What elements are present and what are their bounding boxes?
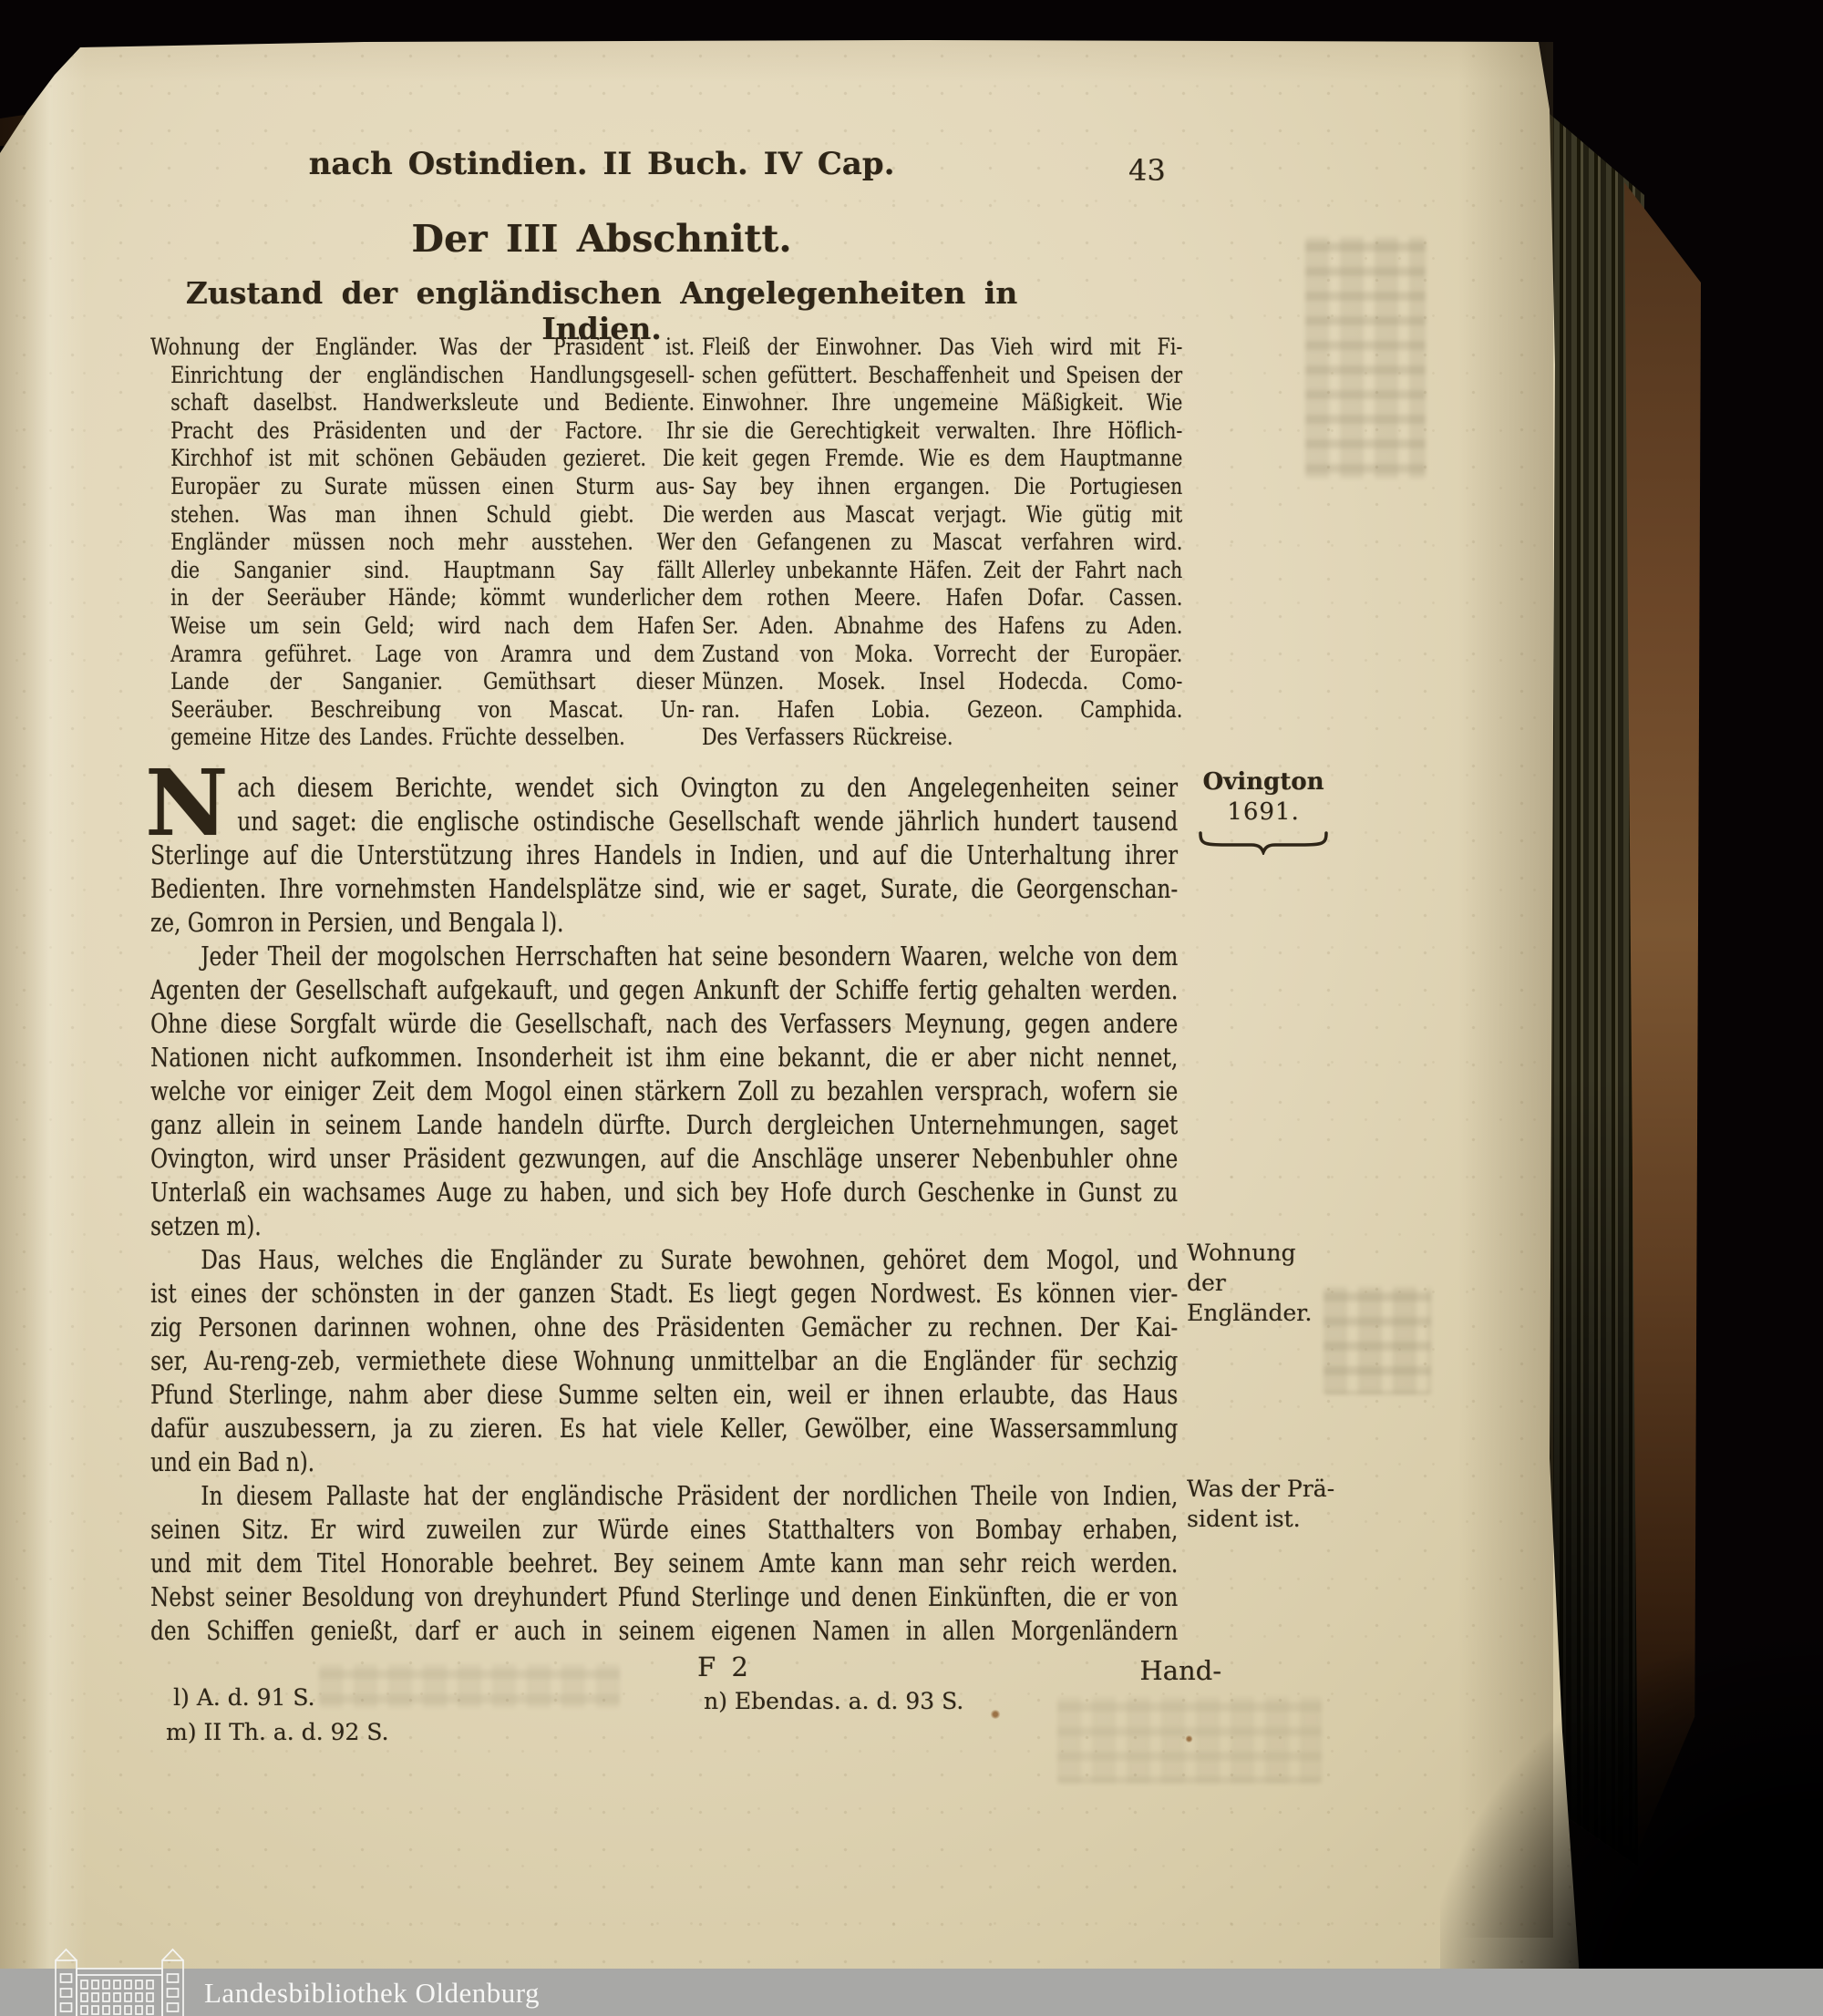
margin-note-line: Engländer. <box>1187 1298 1340 1328</box>
scanned-book-page: nach Ostindien. II Buch. IV Cap. 43 Der … <box>0 0 1823 2016</box>
text-line: Das Haus, welches die Engländer zu Surat… <box>150 1243 1178 1277</box>
text-line: Pfund Sterlinge, nahm aber diese Summe s… <box>150 1378 1178 1412</box>
text-line: seinen Sitz. Er wird zuweilen zur Würde … <box>150 1513 1178 1547</box>
text-line: Say bey ihnen ergangen. Die Portugiesen <box>702 473 1182 501</box>
text-line: gemeine Hitze des Landes. Früchte dessel… <box>150 724 695 752</box>
text-line: setzen m). <box>150 1209 1178 1243</box>
text-line: und mit dem Titel Honorable beehret. Bey… <box>150 1547 1178 1580</box>
summary-right-column: Fleiß der Einwohner. Das Vieh wird mit F… <box>702 334 1288 752</box>
signature-line: F 2 Hand- <box>150 1651 1178 1688</box>
text-line: Allerley unbekannte Häfen. Zeit der Fahr… <box>702 557 1182 585</box>
text-line: dafür auszubessern, ja zu zieren. Es hat… <box>150 1412 1178 1445</box>
text-line: Weise um sein Geld; wird nach dem Hafen <box>150 612 695 641</box>
text-line: Nationen nicht aufkommen. Insonderheit i… <box>150 1041 1178 1075</box>
margin-note-ovington: Ovington 1691. <box>1187 767 1340 855</box>
margin-note-praesident: Was der Prä- sident ist. <box>1187 1474 1340 1534</box>
text-line: Seeräuber. Beschreibung von Mascat. Un- <box>150 696 695 725</box>
margin-note-author: Ovington <box>1187 767 1340 797</box>
section-title: Der III Abschnitt. <box>150 217 1053 261</box>
drop-cap-initial: N <box>145 766 236 837</box>
library-logo-icon <box>51 1947 188 2016</box>
watermark-label: Landesbibliothek Oldenburg <box>204 1977 540 2010</box>
text-line: Europäer zu Surate müssen einen Sturm au… <box>150 473 695 501</box>
text-line: ser, Au-reng-zeb, vermiethete diese Wohn… <box>150 1344 1178 1378</box>
margin-note-wohnung: Wohnung der Engländer. <box>1187 1238 1340 1328</box>
text-line: dem rothen Meere. Hafen Dofar. Cassen. <box>702 584 1182 612</box>
text-line: ganz allein in seinem Lande handeln dürf… <box>150 1108 1178 1142</box>
margin-note-line: Wohnung der <box>1187 1238 1340 1298</box>
text-line: in der Seeräuber Hände; kömmt wunderlich… <box>150 584 695 612</box>
body-text: N ach diesem Berichte, wendet sich Oving… <box>150 771 1178 1648</box>
text-line: Münzen. Mosek. Insel Hodecda. Como- <box>702 668 1182 696</box>
text-line: Kirchhof ist mit schönen Gebäuden gezier… <box>150 445 695 473</box>
text-line: und saget: die englische ostindische Ges… <box>150 805 1178 838</box>
text-line: ist eines der schönsten in der ganzen St… <box>150 1277 1178 1311</box>
margin-note-line: Was der Prä- <box>1187 1474 1340 1504</box>
page-number: 43 <box>1128 153 1166 188</box>
text-line: Pracht des Präsidenten und der Factore. … <box>150 417 695 446</box>
text-line: Fleiß der Einwohner. Das Vieh wird mit F… <box>702 334 1182 362</box>
text-line: Jeder Theil der mogolschen Herrschaften … <box>150 940 1178 973</box>
text-line: Sterlinge auf die Unterstützung ihres Ha… <box>150 838 1178 872</box>
text-line: Ohne diese Sorgfalt würde die Gesellscha… <box>150 1007 1178 1041</box>
signature-mark: F 2 <box>697 1651 748 1682</box>
paragraph-lines: Jeder Theil der mogolschen Herrschaften … <box>150 940 1178 1243</box>
text-line: zig Personen darinnen wohnen, ohne des P… <box>150 1311 1178 1344</box>
footnote: l) A. d. 91 S. <box>173 1684 314 1712</box>
catchword: Hand- <box>1139 1655 1221 1686</box>
margin-note-year: 1691. <box>1187 797 1340 828</box>
footnote: m) II Th. a. d. 92 S. <box>166 1719 388 1746</box>
brace-icon <box>1195 829 1332 855</box>
paragraph-lines: Das Haus, welches die Engländer zu Surat… <box>150 1243 1178 1479</box>
text-line: schen gefüttert. Beschaffenheit und Spei… <box>702 362 1182 390</box>
text-line: Bedienten. Ihre vornehmsten Handelsplätz… <box>150 872 1178 906</box>
text-line: Einwohner. Ihre ungemeine Mäßigkeit. Wie <box>702 389 1182 417</box>
text-line: schaft daselbst. Handwerksleute und Bedi… <box>150 389 695 417</box>
text-line: ach diesem Berichte, wendet sich Ovingto… <box>150 771 1178 805</box>
paragraph: Jeder Theil der mogolschen Herrschaften … <box>150 940 1178 1243</box>
margin-note-line: sident ist. <box>1187 1504 1340 1534</box>
text-line: ze, Gomron in Persien, und Bengala l). <box>150 906 1178 940</box>
scan-corner-shadow <box>1440 1641 1823 2016</box>
paragraph-lines: ach diesem Berichte, wendet sich Ovingto… <box>150 771 1178 940</box>
footnote: n) Ebendas. a. d. 93 S. <box>704 1688 963 1715</box>
text-line: welche vor einiger Zeit dem Mogol einen … <box>150 1075 1178 1108</box>
text-line: ran. Hafen Lobia. Gezeon. Camphida. <box>702 696 1182 725</box>
running-header: nach Ostindien. II Buch. IV Cap. <box>150 146 1053 182</box>
text-line: Unterlaß ein wachsames Auge zu haben, un… <box>150 1176 1178 1209</box>
text-line: die Sanganier sind. Hauptmann Say fällt <box>150 557 695 585</box>
text-line: den Schiffen genießt, darf er auch in se… <box>150 1614 1178 1648</box>
text-line: Des Verfassers Rückreise. <box>702 724 1182 752</box>
text-line: Nebst seiner Besoldung von dreyhundert P… <box>150 1580 1178 1614</box>
paragraph-lines: In diesem Pallaste hat der engländische … <box>150 1479 1178 1648</box>
text-line: Agenten der Gesellschaft aufgekauft, und… <box>150 973 1178 1007</box>
text-line: Ser. Aden. Abnahme des Hafens zu Aden. <box>702 612 1182 641</box>
text-line: Ovington, wird unser Präsident gezwungen… <box>150 1142 1178 1176</box>
text-line: stehen. Was man ihnen Schuld giebt. Die <box>150 501 695 530</box>
text-line: Engländer müssen noch mehr ausstehen. We… <box>150 529 695 557</box>
text-line: sie die Gerechtigkeit verwalten. Ihre Hö… <box>702 417 1182 446</box>
paragraph: In diesem Pallaste hat der engländische … <box>150 1479 1178 1648</box>
text-line: In diesem Pallaste hat der engländische … <box>150 1479 1178 1513</box>
paragraph: Das Haus, welches die Engländer zu Surat… <box>150 1243 1178 1479</box>
text-line: Wohnung der Engländer. Was der Präsident… <box>150 334 695 362</box>
text-line: Einrichtung der engländischen Handlungsg… <box>150 362 695 390</box>
text-line: keit gegen Fremde. Wie es dem Hauptmanne <box>702 445 1182 473</box>
paragraph: N ach diesem Berichte, wendet sich Oving… <box>150 771 1178 940</box>
text-line: Zustand von Moka. Vorrecht der Europäer. <box>702 641 1182 669</box>
text-line: werden aus Mascat verjagt. Wie gütig mit <box>702 501 1182 530</box>
text-line: und ein Bad n). <box>150 1445 1178 1479</box>
text-line: Lande der Sanganier. Gemüthsart dieser <box>150 668 695 696</box>
text-line: den Gefangenen zu Mascat verfahren wird. <box>702 529 1182 557</box>
text-line: Aramra geführet. Lage von Aramra und dem <box>150 641 695 669</box>
